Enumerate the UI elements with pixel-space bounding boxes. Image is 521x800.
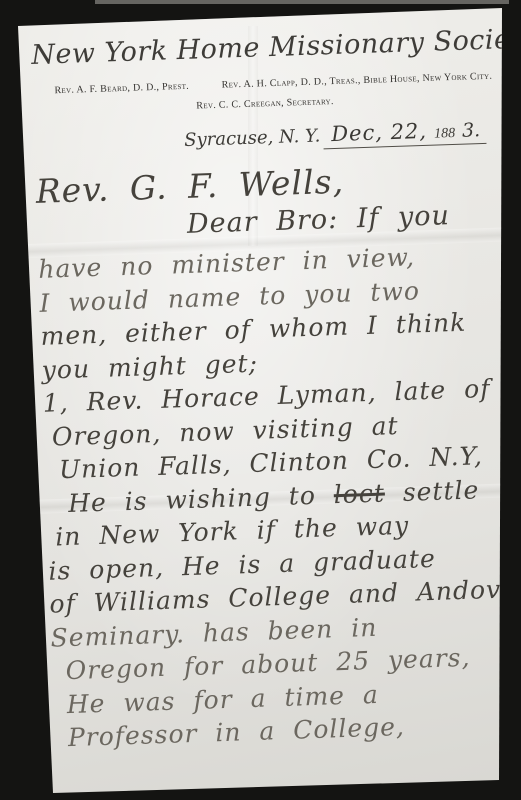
dateline-place-printed: Syracuse, N. Y.: [184, 125, 321, 151]
dateline-fill-line: Dec, 22, 1883.: [323, 117, 487, 149]
scan-background: New York Home Missionary Society. Rev. A…: [0, 0, 521, 800]
officer-president: Rev. A. F. Beard, D. D., Prest.: [54, 81, 189, 96]
dateline-date-handwritten: Dec, 22,: [331, 119, 428, 146]
struck-word: loct: [333, 478, 385, 509]
letter-body: have no minister in view, I would name t…: [38, 237, 518, 755]
letter-paper: New York Home Missionary Society. Rev. A…: [0, 0, 521, 800]
dateline-year-printed: 188: [434, 126, 456, 143]
scan-edge-sliver: [95, 0, 509, 4]
dateline: Syracuse, N. Y. Dec, 22, 1883.: [34, 117, 499, 159]
dateline-year-handwritten: 3.: [462, 119, 481, 142]
strike-line-post: settle: [384, 475, 479, 507]
officer-treasurer: Rev. A. H. Clapp, D. D., Treas., Bible H…: [221, 71, 492, 91]
letter-content: New York Home Missionary Society. Rev. A…: [30, 1, 518, 755]
